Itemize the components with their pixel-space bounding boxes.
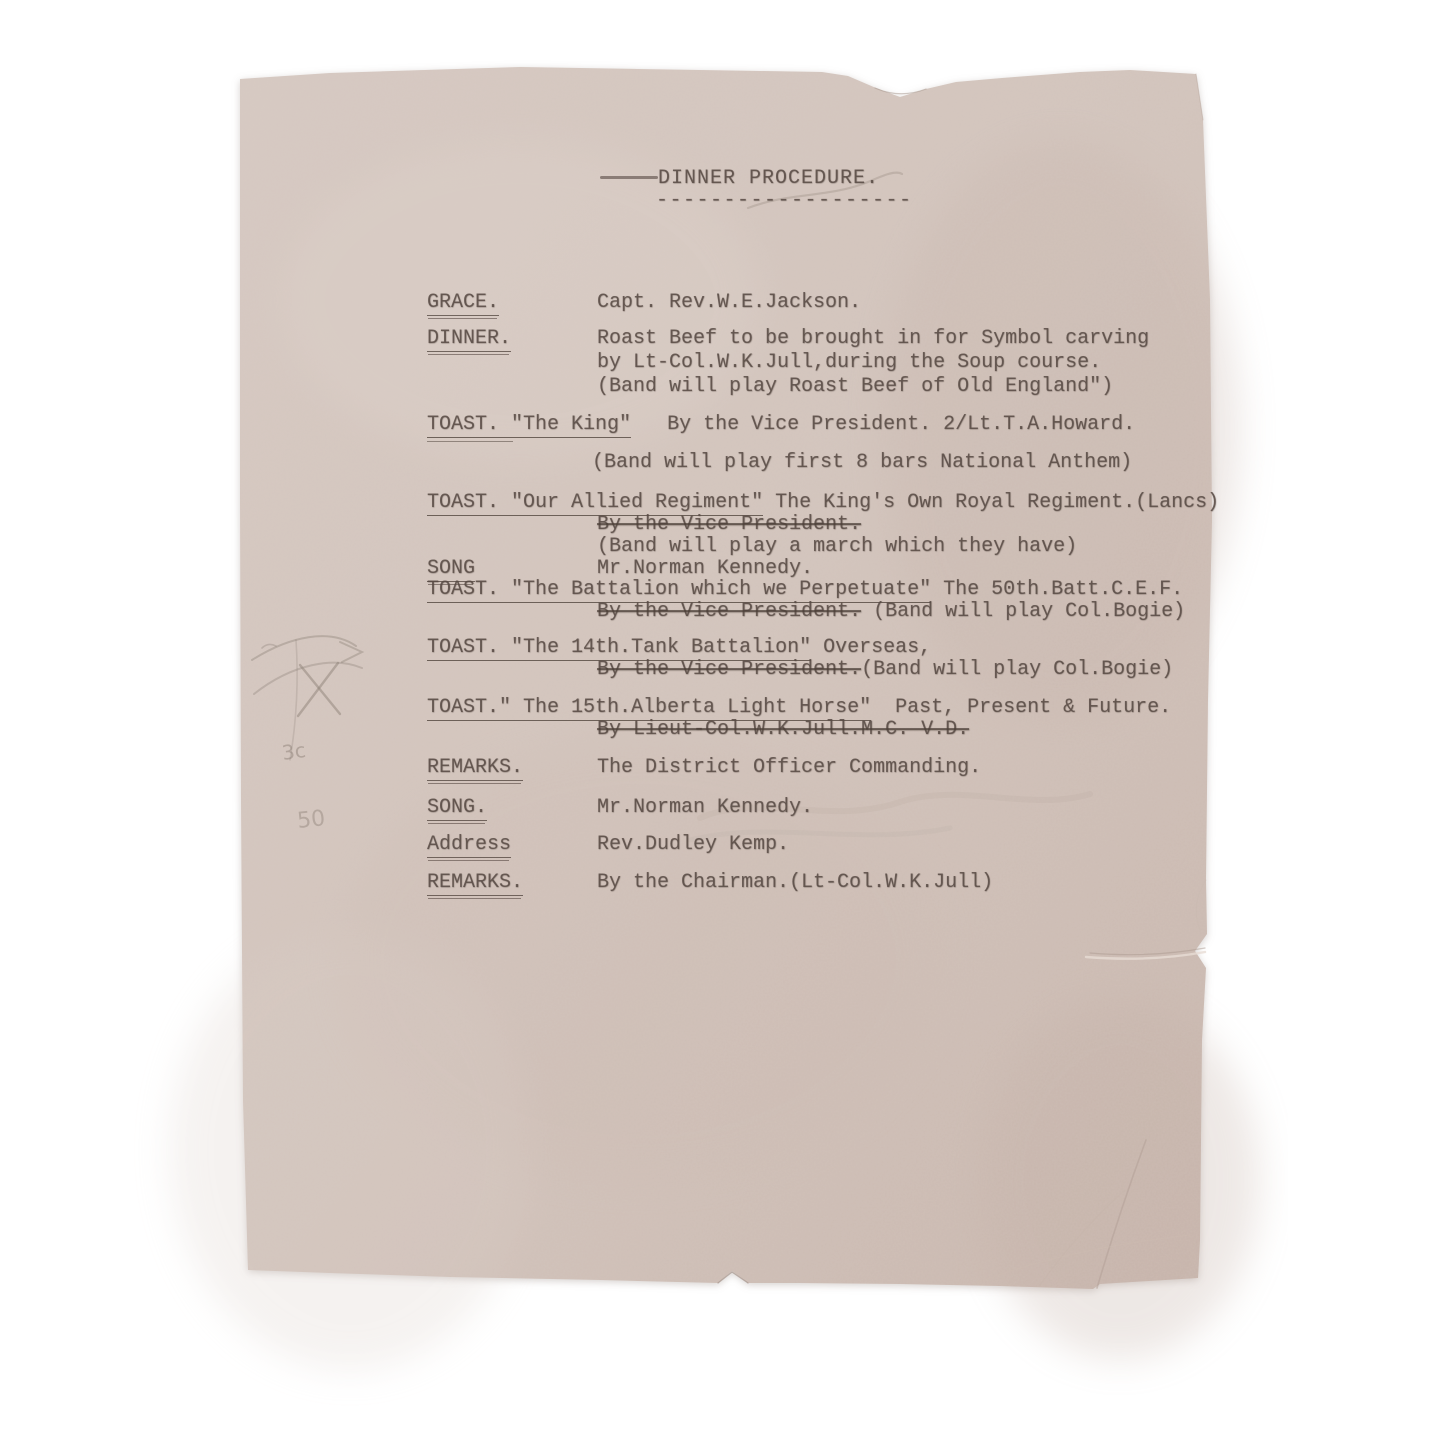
row-text: By the Chairman.(Lt-Col.W.K.Jull) — [597, 871, 993, 894]
typewritten-text-layer: DINNER PROCEDURE. ------------------- GR… — [240, 64, 1210, 1295]
scanned-document-page: 3c 50 DINNER PROCEDURE. ----------------… — [0, 0, 1445, 1445]
title-rule-overstrike — [600, 176, 658, 179]
title-rule-text: ------------------- — [656, 189, 913, 212]
row-remarks-2: REMARKS.By the Chairman.(Lt-Col.W.K.Jull… — [240, 850, 1325, 918]
row-label: REMARKS. — [427, 872, 523, 896]
title-underline-dashes: ------------------- — [240, 168, 1445, 256]
